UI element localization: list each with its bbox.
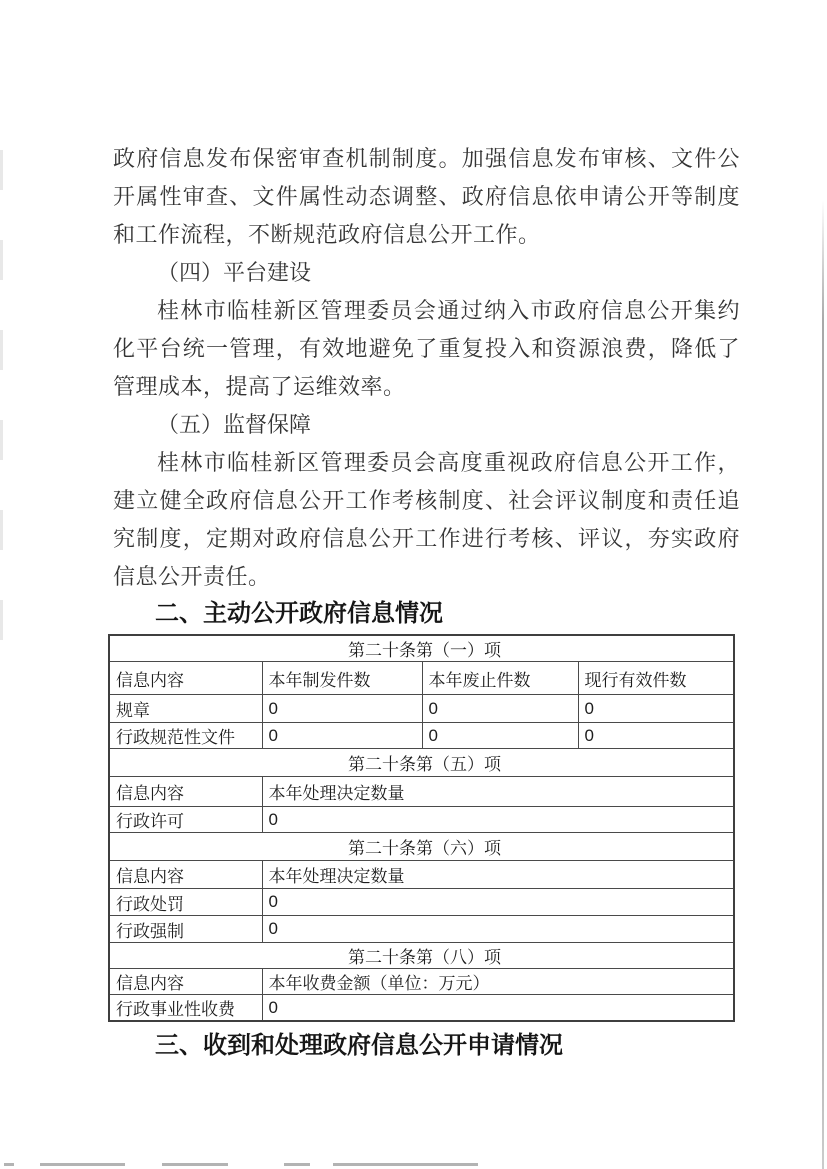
intro-paragraph: 政府信息发布保密审查机制制度。加强信息发布审核、文件公开属性审查、文件属性动态调… xyxy=(113,140,740,254)
row-label: 行政强制 xyxy=(109,916,262,943)
scan-right-edge-artifact xyxy=(822,200,824,1169)
section5-paragraph: 桂林市临桂新区管理委员会高度重视政府信息公开工作，建立健全政府信息公开工作考核制… xyxy=(113,444,740,596)
section-title: 第二十条第（一）项 xyxy=(109,635,734,662)
cell-value: 0 xyxy=(262,916,734,943)
cell-value: 0 xyxy=(262,995,734,1022)
section-title: 第二十条第（五）项 xyxy=(109,749,734,777)
table-row: 行政事业性收费 0 xyxy=(109,995,734,1022)
heading-proactive-disclosure: 二、主动公开政府信息情况 xyxy=(113,598,740,630)
column-header: 本年处理决定数量 xyxy=(262,861,734,889)
section4-heading: （四）平台建设 xyxy=(113,254,740,292)
column-header-row: 信息内容 本年收费金额（单位：万元） xyxy=(109,969,734,995)
table-row: 行政强制 0 xyxy=(109,916,734,943)
row-label: 规章 xyxy=(109,695,262,723)
column-header: 信息内容 xyxy=(109,662,262,695)
table-row: 规章 0 0 0 xyxy=(109,695,734,723)
column-header: 本年处理决定数量 xyxy=(262,777,734,807)
cell-value: 0 xyxy=(422,695,578,723)
document-content: 政府信息发布保密审查机制制度。加强信息发布审核、文件公开属性审查、文件属性动态调… xyxy=(113,140,740,1062)
section-title-row: 第二十条第（六）项 xyxy=(109,833,734,861)
section4-paragraph: 桂林市临桂新区管理委员会通过纳入市政府信息公开集约化平台统一管理，有效地避免了重… xyxy=(113,292,740,406)
scanned-report-page: 政府信息发布保密审查机制制度。加强信息发布审核、文件公开属性审查、文件属性动态调… xyxy=(0,0,827,1169)
column-header-row: 信息内容 本年处理决定数量 xyxy=(109,777,734,807)
section5-heading: （五）监督保障 xyxy=(113,406,740,444)
table-row: 行政许可 0 xyxy=(109,807,734,833)
cell-value: 0 xyxy=(578,695,734,723)
column-header: 本年收费金额（单位：万元） xyxy=(262,969,734,995)
row-label: 行政许可 xyxy=(109,807,262,833)
row-label: 行政事业性收费 xyxy=(109,995,262,1022)
section-title-row: 第二十条第（八）项 xyxy=(109,943,734,969)
column-header: 信息内容 xyxy=(109,777,262,807)
row-label: 行政规范性文件 xyxy=(109,723,262,749)
row-label: 行政处罚 xyxy=(109,889,262,916)
heading-received-requests: 三、收到和处理政府信息公开申请情况 xyxy=(113,1030,740,1062)
column-header: 现行有效件数 xyxy=(578,662,734,695)
column-header-row: 信息内容 本年处理决定数量 xyxy=(109,861,734,889)
cell-value: 0 xyxy=(262,807,734,833)
table-row: 行政规范性文件 0 0 0 xyxy=(109,723,734,749)
cell-value: 0 xyxy=(578,723,734,749)
cell-value: 0 xyxy=(262,695,422,723)
section-title: 第二十条第（八）项 xyxy=(109,943,734,969)
section-title: 第二十条第（六）项 xyxy=(109,833,734,861)
disclosure-statistics-table: 第二十条第（一）项 信息内容 本年制发件数 本年废止件数 现行有效件数 规章 0… xyxy=(108,634,735,1022)
column-header: 本年废止件数 xyxy=(422,662,578,695)
cell-value: 0 xyxy=(262,889,734,916)
column-header: 信息内容 xyxy=(109,861,262,889)
scan-left-edge-artifact xyxy=(0,150,3,670)
cell-value: 0 xyxy=(422,723,578,749)
column-header: 信息内容 xyxy=(109,969,262,995)
table-row: 行政处罚 0 xyxy=(109,889,734,916)
column-header: 本年制发件数 xyxy=(262,662,422,695)
column-header-row: 信息内容 本年制发件数 本年废止件数 现行有效件数 xyxy=(109,662,734,695)
section-title-row: 第二十条第（五）项 xyxy=(109,749,734,777)
cell-value: 0 xyxy=(262,723,422,749)
section-title-row: 第二十条第（一）项 xyxy=(109,635,734,662)
